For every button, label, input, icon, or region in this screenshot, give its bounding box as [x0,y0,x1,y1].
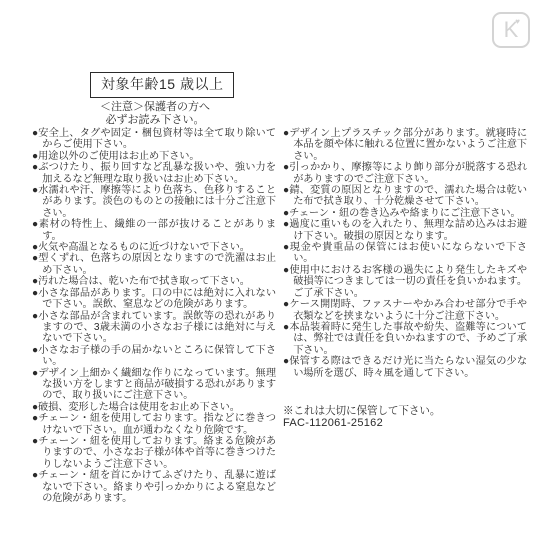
notice-header: ＜注意＞保護者の方へ 必ずお読み下さい。 [32,101,278,126]
warnings-column-right: ●デザイン上プラスチック部分があります。就寝時に本品を顔や体に触れる位置に置かな… [283,128,527,504]
warning-item: ●過度に重いものを入れたり、無理な詰め込みはお避け下さい。破損の原因となります。 [283,219,527,242]
warning-item: ●汚れた場合は、乾いた布で拭き取って下さい。 [32,276,276,287]
warning-item: ●現金や貴重品の保管にはお使いにならないで下さい。 [283,242,527,265]
warning-item: ●チェーン・紐を首にかけてふざけたり、乱暴に遊ばないで下さい。絡まりや引っかかり… [32,470,276,504]
brand-logo: K ♥ [492,12,530,48]
warning-item: ●デザイン上プラスチック部分があります。就寝時に本品を顔や体に触れる位置に置かな… [283,128,527,162]
warning-item: ●本品装着時に発生した事故や紛失、盗難等については、弊社では責任を負いかねますの… [283,322,527,356]
warnings-column-left: ●安全上、タグや固定・梱包資材等は全て取り除いてからご使用下さい。●用途以外のご… [32,128,276,504]
warning-item: ●保管する際はできるだけ光に当たらない湿気の少ない場所を選び、時々風を通して下さ… [283,356,527,379]
warning-item: ●破損、変形した場合は使用をお止め下さい。 [32,402,276,413]
warnings-column-right-items: ●デザイン上プラスチック部分があります。就寝時に本品を顔や体に触れる位置に置かな… [283,128,527,379]
notice-subtitle: 必ずお読み下さい。 [32,114,278,127]
age-restriction-label: 対象年齢15 歳以上 [101,76,223,92]
warning-item: ●ケース開閉時、ファスナーやかみ合わせ部分で手や衣類などを挟まないように十分ご注… [283,299,527,322]
warning-item: ●型くずれ、色落ちの原因となりますので洗濯はお止め下さい。 [32,253,276,276]
warning-item: ●ぶつけたり、振り回すなど乱暴な扱いや、強い力を加えるなど無理な取り扱いはお止め… [32,162,276,185]
warning-item: ●チェーン・紐を使用しております。指などに巻きつけないで下さい。血が通わなくなり… [32,413,276,436]
age-restriction-box: 対象年齢15 歳以上 [90,72,234,98]
warning-item: ●小さな部品があります。口の中には絶対に入れないで下さい。誤飲、窒息などの危険が… [32,288,276,311]
warning-item: ●火気や高温となるものに近づけないで下さい。 [32,242,276,253]
warning-item: ●チェーン・紐の巻き込みや絡まりにご注意下さい。 [283,208,527,219]
warning-item: ●錆、変質の原因となりますので、濡れた場合は乾いた布で拭き取り、十分乾燥させて下… [283,185,527,208]
caution-sheet-page: K ♥ 対象年齢15 歳以上 ＜注意＞保護者の方へ 必ずお読み下さい。 ●安全上… [0,0,540,540]
warning-item: ●チェーン・紐を使用しております。絡まる危険がありますので、小さなお子様が体や首… [32,436,276,470]
warning-item: ●素材の特性上、繊維の一部が抜けることがあります。 [32,219,276,242]
warning-item: ●用途以外のご使用はお止め下さい。 [32,151,276,162]
warning-item: ●デザイン上細かく繊細な作りになっています。無理な扱い方をしますと商品が破損する… [32,368,276,402]
notice-title: ＜注意＞保護者の方へ [32,101,278,114]
keep-this-note: ※これは大切に保管して下さい。 [283,405,527,418]
warning-item: ●小さなお子様の手の届かないところに保管して下さい。 [32,345,276,368]
warnings-columns: ●安全上、タグや固定・梱包資材等は全て取り除いてからご使用下さい。●用途以外のご… [32,128,527,504]
warning-item: ●使用中におけるお客様の過失により発生したキズや破損等につきましては一切の責任を… [283,265,527,299]
warning-item: ●安全上、タグや固定・梱包資材等は全て取り除いてからご使用下さい。 [32,128,276,151]
product-code: FAC-112061-25162 [283,417,527,430]
footer-note-block: ※これは大切に保管して下さい。 FAC-112061-25162 [283,405,527,431]
heart-icon: ♥ [515,18,520,26]
warning-item: ●小さな部品が含まれています。誤飲等の恐れがありますので、3歳未満の小さなお子様… [32,311,276,345]
warning-item: ●引っかかり、摩擦等により飾り部分が脱落する恐れがありますのでご注意下さい。 [283,162,527,185]
warning-item: ●水濡れや汗、摩擦等により色落ち、色移りすることがあります。淡色のものとの接触に… [32,185,276,219]
